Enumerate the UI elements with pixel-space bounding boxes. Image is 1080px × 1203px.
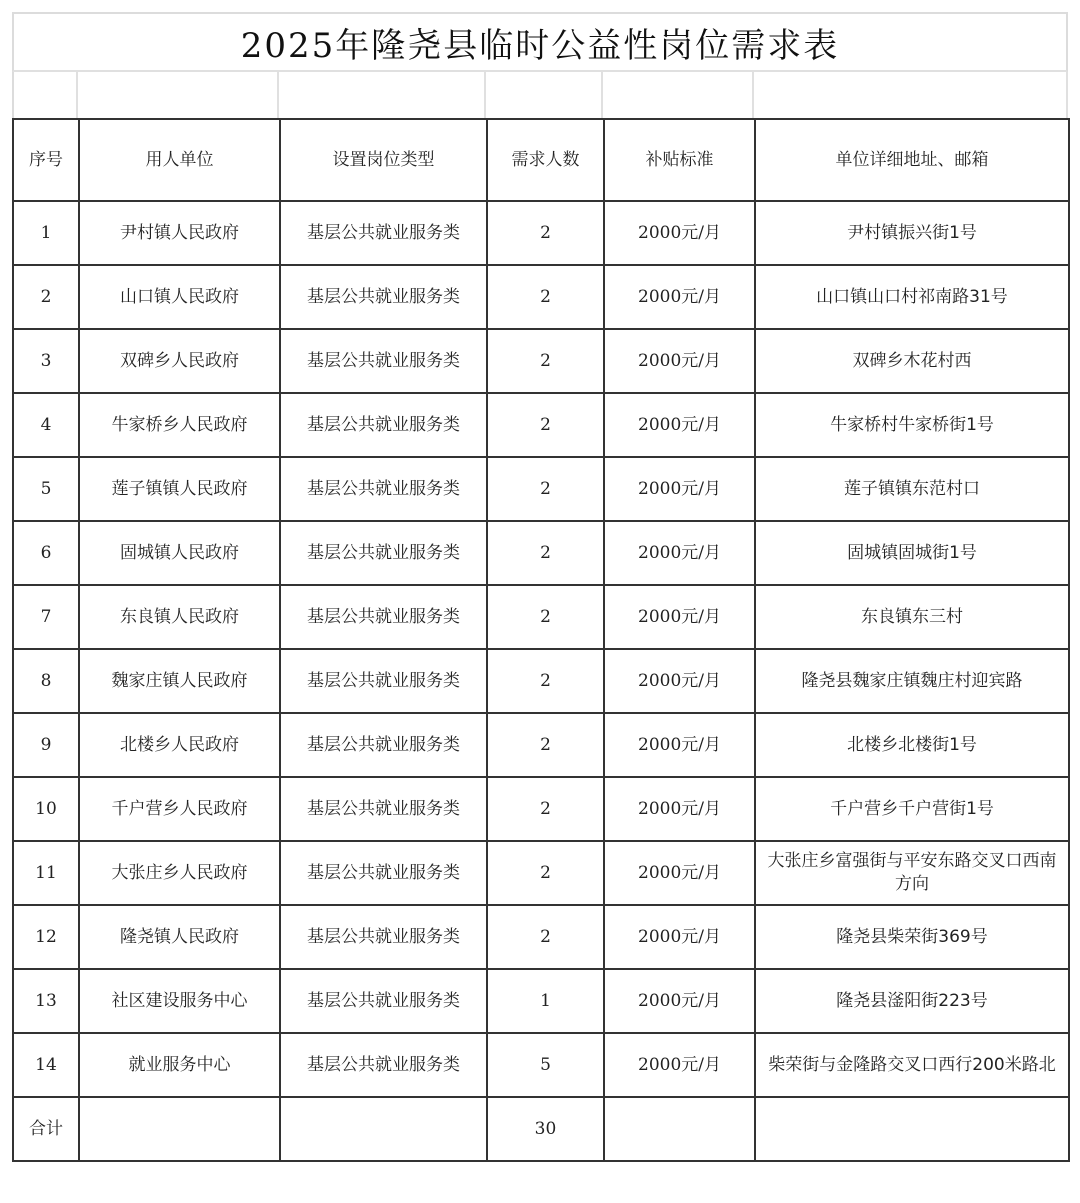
blank-cell[interactable] bbox=[754, 72, 1068, 118]
blank-row bbox=[12, 72, 1068, 118]
table-row: 9北楼乡人民政府基层公共就业服务类22000元/月北楼乡北楼街1号 bbox=[13, 713, 1069, 777]
cell-no[interactable]: 6 bbox=[13, 521, 79, 585]
blank-cell[interactable] bbox=[603, 72, 754, 118]
cell-no[interactable]: 13 bbox=[13, 969, 79, 1033]
cell-type[interactable]: 基层公共就业服务类 bbox=[280, 585, 487, 649]
cell-unit[interactable]: 尹村镇人民政府 bbox=[79, 201, 280, 265]
cell-unit[interactable]: 双碑乡人民政府 bbox=[79, 329, 280, 393]
cell-type[interactable]: 基层公共就业服务类 bbox=[280, 777, 487, 841]
cell-subsidy[interactable]: 2000元/月 bbox=[604, 201, 755, 265]
cell-unit[interactable]: 魏家庄镇人民政府 bbox=[79, 649, 280, 713]
cell-type[interactable]: 基层公共就业服务类 bbox=[280, 649, 487, 713]
cell-count[interactable]: 2 bbox=[487, 585, 604, 649]
cell-unit[interactable]: 隆尧镇人民政府 bbox=[79, 905, 280, 969]
blank-cell[interactable] bbox=[486, 72, 603, 118]
cell-address[interactable]: 固城镇固城街1号 bbox=[755, 521, 1069, 585]
cell-address[interactable]: 隆尧县魏家庄镇魏庄村迎宾路 bbox=[755, 649, 1069, 713]
cell-address[interactable]: 隆尧县滏阳街223号 bbox=[755, 969, 1069, 1033]
cell-unit[interactable]: 北楼乡人民政府 bbox=[79, 713, 280, 777]
total-label[interactable]: 合计 bbox=[13, 1097, 79, 1161]
cell-type[interactable]: 基层公共就业服务类 bbox=[280, 1033, 487, 1097]
cell-count[interactable]: 2 bbox=[487, 329, 604, 393]
cell-subsidy[interactable]: 2000元/月 bbox=[604, 393, 755, 457]
cell-address[interactable]: 东良镇东三村 bbox=[755, 585, 1069, 649]
cell-no[interactable]: 2 bbox=[13, 265, 79, 329]
cell-count[interactable]: 2 bbox=[487, 841, 604, 905]
table-row: 12隆尧镇人民政府基层公共就业服务类22000元/月隆尧县柴荣街369号 bbox=[13, 905, 1069, 969]
cell-type[interactable]: 基层公共就业服务类 bbox=[280, 841, 487, 905]
cell-address[interactable]: 千户营乡千户营街1号 bbox=[755, 777, 1069, 841]
cell-subsidy[interactable]: 2000元/月 bbox=[604, 777, 755, 841]
table-row: 11大张庄乡人民政府基层公共就业服务类22000元/月大张庄乡富强街与平安东路交… bbox=[13, 841, 1069, 905]
demand-table: 序号 用人单位 设置岗位类型 需求人数 补贴标准 单位详细地址、邮箱 1尹村镇人… bbox=[12, 118, 1070, 1162]
cell-address[interactable]: 双碑乡木花村西 bbox=[755, 329, 1069, 393]
cell-no[interactable]: 3 bbox=[13, 329, 79, 393]
cell-unit[interactable]: 千户营乡人民政府 bbox=[79, 777, 280, 841]
table-row: 13社区建设服务中心基层公共就业服务类12000元/月隆尧县滏阳街223号 bbox=[13, 969, 1069, 1033]
cell-count[interactable]: 2 bbox=[487, 713, 604, 777]
cell-unit[interactable]: 固城镇人民政府 bbox=[79, 521, 280, 585]
total-blank-cell[interactable] bbox=[79, 1097, 280, 1161]
cell-address[interactable]: 大张庄乡富强街与平安东路交叉口西南方向 bbox=[755, 841, 1069, 905]
cell-count[interactable]: 2 bbox=[487, 201, 604, 265]
cell-address[interactable]: 山口镇山口村祁南路31号 bbox=[755, 265, 1069, 329]
cell-type[interactable]: 基层公共就业服务类 bbox=[280, 265, 487, 329]
cell-unit[interactable]: 莲子镇镇人民政府 bbox=[79, 457, 280, 521]
table-row: 7东良镇人民政府基层公共就业服务类22000元/月东良镇东三村 bbox=[13, 585, 1069, 649]
cell-address[interactable]: 北楼乡北楼街1号 bbox=[755, 713, 1069, 777]
cell-no[interactable]: 14 bbox=[13, 1033, 79, 1097]
cell-no[interactable]: 1 bbox=[13, 201, 79, 265]
cell-subsidy[interactable]: 2000元/月 bbox=[604, 841, 755, 905]
cell-count[interactable]: 2 bbox=[487, 457, 604, 521]
table-row: 8魏家庄镇人民政府基层公共就业服务类22000元/月隆尧县魏家庄镇魏庄村迎宾路 bbox=[13, 649, 1069, 713]
cell-no[interactable]: 5 bbox=[13, 457, 79, 521]
cell-unit[interactable]: 东良镇人民政府 bbox=[79, 585, 280, 649]
cell-no[interactable]: 4 bbox=[13, 393, 79, 457]
total-blank-cell[interactable] bbox=[604, 1097, 755, 1161]
header-type[interactable]: 设置岗位类型 bbox=[280, 119, 487, 201]
table-row: 3双碑乡人民政府基层公共就业服务类22000元/月双碑乡木花村西 bbox=[13, 329, 1069, 393]
cell-no[interactable]: 12 bbox=[13, 905, 79, 969]
cell-count[interactable]: 1 bbox=[487, 969, 604, 1033]
total-blank-cell[interactable] bbox=[755, 1097, 1069, 1161]
table-row: 4牛家桥乡人民政府基层公共就业服务类22000元/月牛家桥村牛家桥街1号 bbox=[13, 393, 1069, 457]
cell-type[interactable]: 基层公共就业服务类 bbox=[280, 393, 487, 457]
cell-subsidy[interactable]: 2000元/月 bbox=[604, 969, 755, 1033]
table-row: 5莲子镇镇人民政府基层公共就业服务类22000元/月莲子镇镇东范村口 bbox=[13, 457, 1069, 521]
cell-type[interactable]: 基层公共就业服务类 bbox=[280, 969, 487, 1033]
spreadsheet: 2025年隆尧县临时公益性岗位需求表 序号 用人单位 设置岗位类型 需求人数 补… bbox=[12, 12, 1068, 1162]
header-count[interactable]: 需求人数 bbox=[487, 119, 604, 201]
cell-no[interactable]: 9 bbox=[13, 713, 79, 777]
header-unit[interactable]: 用人单位 bbox=[79, 119, 280, 201]
total-blank-cell[interactable] bbox=[280, 1097, 487, 1161]
cell-address[interactable]: 牛家桥村牛家桥街1号 bbox=[755, 393, 1069, 457]
cell-no[interactable]: 11 bbox=[13, 841, 79, 905]
cell-no[interactable]: 7 bbox=[13, 585, 79, 649]
cell-subsidy[interactable]: 2000元/月 bbox=[604, 713, 755, 777]
cell-no[interactable]: 10 bbox=[13, 777, 79, 841]
header-address[interactable]: 单位详细地址、邮箱 bbox=[755, 119, 1069, 201]
table-row: 14就业服务中心基层公共就业服务类52000元/月柴荣街与金隆路交叉口西行200… bbox=[13, 1033, 1069, 1097]
cell-subsidy[interactable]: 2000元/月 bbox=[604, 265, 755, 329]
cell-count[interactable]: 2 bbox=[487, 265, 604, 329]
cell-address[interactable]: 隆尧县柴荣街369号 bbox=[755, 905, 1069, 969]
cell-no[interactable]: 8 bbox=[13, 649, 79, 713]
total-row: 合计 30 bbox=[13, 1097, 1069, 1161]
table-row: 6固城镇人民政府基层公共就业服务类22000元/月固城镇固城街1号 bbox=[13, 521, 1069, 585]
table-row: 10千户营乡人民政府基层公共就业服务类22000元/月千户营乡千户营街1号 bbox=[13, 777, 1069, 841]
cell-type[interactable]: 基层公共就业服务类 bbox=[280, 905, 487, 969]
blank-cell[interactable] bbox=[12, 72, 78, 118]
cell-type[interactable]: 基层公共就业服务类 bbox=[280, 713, 487, 777]
table-title: 2025年隆尧县临时公益性岗位需求表 bbox=[12, 12, 1068, 72]
cell-subsidy[interactable]: 2000元/月 bbox=[604, 1033, 755, 1097]
cell-unit[interactable]: 就业服务中心 bbox=[79, 1033, 280, 1097]
cell-subsidy[interactable]: 2000元/月 bbox=[604, 905, 755, 969]
cell-unit[interactable]: 大张庄乡人民政府 bbox=[79, 841, 280, 905]
cell-type[interactable]: 基层公共就业服务类 bbox=[280, 521, 487, 585]
cell-type[interactable]: 基层公共就业服务类 bbox=[280, 329, 487, 393]
cell-count[interactable]: 2 bbox=[487, 393, 604, 457]
cell-count[interactable]: 2 bbox=[487, 649, 604, 713]
blank-cell[interactable] bbox=[78, 72, 279, 118]
header-subsidy[interactable]: 补贴标准 bbox=[604, 119, 755, 201]
cell-count[interactable]: 2 bbox=[487, 521, 604, 585]
header-no[interactable]: 序号 bbox=[13, 119, 79, 201]
cell-unit[interactable]: 社区建设服务中心 bbox=[79, 969, 280, 1033]
cell-subsidy[interactable]: 2000元/月 bbox=[604, 649, 755, 713]
cell-type[interactable]: 基层公共就业服务类 bbox=[280, 457, 487, 521]
cell-subsidy[interactable]: 2000元/月 bbox=[604, 521, 755, 585]
table-row: 1尹村镇人民政府基层公共就业服务类22000元/月尹村镇振兴街1号 bbox=[13, 201, 1069, 265]
cell-subsidy[interactable]: 2000元/月 bbox=[604, 457, 755, 521]
cell-address[interactable]: 莲子镇镇东范村口 bbox=[755, 457, 1069, 521]
total-count[interactable]: 30 bbox=[487, 1097, 604, 1161]
cell-count[interactable]: 2 bbox=[487, 777, 604, 841]
cell-unit[interactable]: 牛家桥乡人民政府 bbox=[79, 393, 280, 457]
table-row: 2山口镇人民政府基层公共就业服务类22000元/月山口镇山口村祁南路31号 bbox=[13, 265, 1069, 329]
cell-subsidy[interactable]: 2000元/月 bbox=[604, 329, 755, 393]
cell-count[interactable]: 2 bbox=[487, 905, 604, 969]
cell-type[interactable]: 基层公共就业服务类 bbox=[280, 201, 487, 265]
cell-subsidy[interactable]: 2000元/月 bbox=[604, 585, 755, 649]
header-row: 序号 用人单位 设置岗位类型 需求人数 补贴标准 单位详细地址、邮箱 bbox=[13, 119, 1069, 201]
cell-count[interactable]: 5 bbox=[487, 1033, 604, 1097]
cell-unit[interactable]: 山口镇人民政府 bbox=[79, 265, 280, 329]
blank-cell[interactable] bbox=[279, 72, 486, 118]
cell-address[interactable]: 柴荣街与金隆路交叉口西行200米路北 bbox=[755, 1033, 1069, 1097]
cell-address[interactable]: 尹村镇振兴街1号 bbox=[755, 201, 1069, 265]
